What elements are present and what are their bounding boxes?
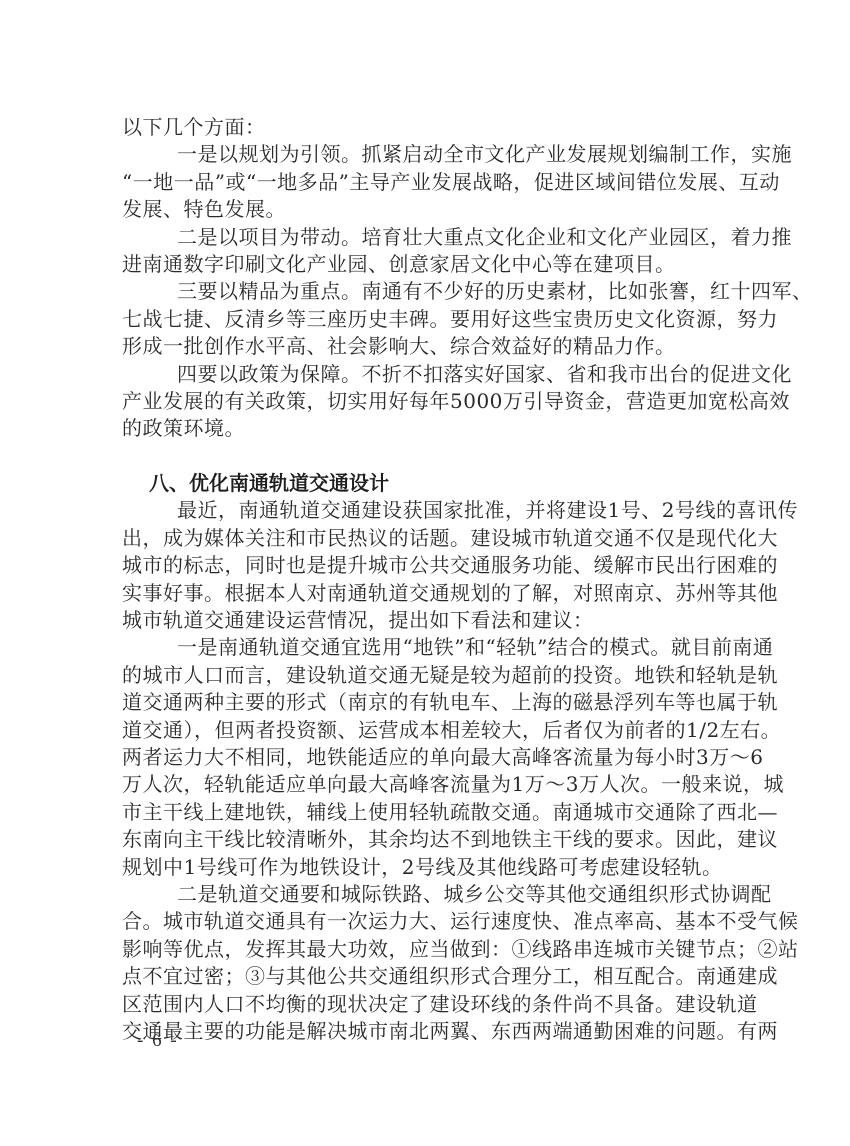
text-line: 产业发展的有关政策，切实用好每年5000万引导资金，营造更加宽松高效: [122, 388, 732, 415]
paragraph: 三要以精品为重点。南通有不少好的历史素材，比如张謇，红十四军、七战七捷、反清乡等…: [122, 278, 732, 360]
text-line: 道交通），但两者投资额、运营成本相差较大，后者仅为前者的1/2左右。: [122, 717, 732, 744]
text-line: 实事好事。根据本人对南通轨道交通规划的了解，对照南京、苏州等其他: [122, 580, 732, 607]
text-line: 一是以规划为引领。抓紧启动全市文化产业发展规划编制工作，实施: [122, 141, 732, 168]
text-line: 道交通两种主要的形式（南京的有轨电车、上海的磁悬浮列车等也属于轨: [122, 689, 732, 716]
paragraph: 二是以项目为带动。培育壮大重点文化企业和文化产业园区，着力推进南通数字印刷文化产…: [122, 224, 732, 279]
text-line: 城市轨道交通建设运营情况，提出如下看法和建议：: [122, 607, 732, 634]
text-line: 二是以项目为带动。培育壮大重点文化企业和文化产业园区，着力推: [122, 224, 732, 251]
text-line: 城市的标志，同时也是提升城市公共交通服务功能、缓解市民出行困难的: [122, 552, 732, 579]
text-line: 区范围内人口不均衡的现状决定了建设环线的条件尚不具备。建设轨道: [122, 991, 732, 1018]
text-line: 市主干线上建地铁，辅线上使用轻轨疏散交通。南通城市交通除了西北—: [122, 799, 732, 826]
paragraph: 一是南通轨道交通宜选用“地铁”和“轻轨”结合的模式。就目前南通的城市人口而言，建…: [122, 634, 732, 881]
section-gap: [122, 443, 732, 470]
text-line: 以下几个方面：: [122, 114, 732, 141]
text-line: “一地一品”或“一地多品”主导产业发展战略，促进区域间错位发展、互动: [122, 169, 732, 196]
text-line: 出，成为媒体关注和市民热议的话题。建设城市轨道交通不仅是现代化大: [122, 525, 732, 552]
text-line: 形成一批创作水平高、社会影响大、综合效益好的精品力作。: [122, 333, 732, 360]
text-line: 规划中1号线可作为地铁设计，2号线及其他线路可考虑建设轻轨。: [122, 854, 732, 881]
paragraph: 最近，南通轨道交通建设获国家批准，并将建设1号、2号线的喜讯传出，成为媒体关注和…: [122, 497, 732, 634]
text-line: 三要以精品为重点。南通有不少好的历史素材，比如张謇，红十四军、: [122, 278, 732, 305]
document-page: 以下几个方面：一是以规划为引领。抓紧启动全市文化产业发展规划编制工作，实施“一地…: [122, 114, 732, 1045]
text-line: 发展、特色发展。: [122, 196, 732, 223]
paragraph: 二是轨道交通要和城际铁路、城乡公交等其他交通组织形式协调配合。城市轨道交通具有一…: [122, 881, 732, 1045]
text-line: 七战七捷、反清乡等三座历史丰碑。要用好这些宝贵历史文化资源，努力: [122, 306, 732, 333]
section-culture-industry: 以下几个方面：一是以规划为引领。抓紧启动全市文化产业发展规划编制工作，实施“一地…: [122, 114, 732, 443]
text-line: 交通最主要的功能是解决城市南北两翼、东西两端通勤困难的问题。有两: [122, 1018, 732, 1045]
page-number: - 6 -: [137, 1030, 179, 1052]
section-heading: 八、优化南通轨道交通设计: [122, 470, 732, 497]
text-line: 点不宜过密；③与其他公共交通组织形式合理分工，相互配合。南通建成: [122, 963, 732, 990]
text-line: 四要以政策为保障。不折不扣落实好国家、省和我市出台的促进文化: [122, 361, 732, 388]
paragraph: 四要以政策为保障。不折不扣落实好国家、省和我市出台的促进文化产业发展的有关政策，…: [122, 361, 732, 443]
text-line: 进南通数字印刷文化产业园、创意家居文化中心等在建项目。: [122, 251, 732, 278]
text-line: 万人次，轻轨能适应单向最大高峰客流量为1万～3万人次。一般来说，城: [122, 771, 732, 798]
text-line: 二是轨道交通要和城际铁路、城乡公交等其他交通组织形式协调配: [122, 881, 732, 908]
text-line: 的城市人口而言，建设轨道交通无疑是较为超前的投资。地铁和轻轨是轨: [122, 662, 732, 689]
text-line: 合。城市轨道交通具有一次运力大、运行速度快、准点率高、基本不受气候: [122, 908, 732, 935]
text-line: 东南向主干线比较清晰外，其余均达不到地铁主干线的要求。因此，建议: [122, 826, 732, 853]
text-line: 一是南通轨道交通宜选用“地铁”和“轻轨”结合的模式。就目前南通: [122, 634, 732, 661]
paragraph: 以下几个方面：: [122, 114, 732, 141]
text-line: 的政策环境。: [122, 415, 732, 442]
text-line: 两者运力大不相同，地铁能适应的单向最大高峰客流量为每小时3万～6: [122, 744, 732, 771]
paragraph: 一是以规划为引领。抓紧启动全市文化产业发展规划编制工作，实施“一地一品”或“一地…: [122, 141, 732, 223]
section-rail-transit: 最近，南通轨道交通建设获国家批准，并将建设1号、2号线的喜讯传出，成为媒体关注和…: [122, 497, 732, 1045]
text-line: 影响等优点，发挥其最大功效，应当做到：①线路串连城市关键节点；②站: [122, 936, 732, 963]
text-line: 最近，南通轨道交通建设获国家批准，并将建设1号、2号线的喜讯传: [122, 497, 732, 524]
